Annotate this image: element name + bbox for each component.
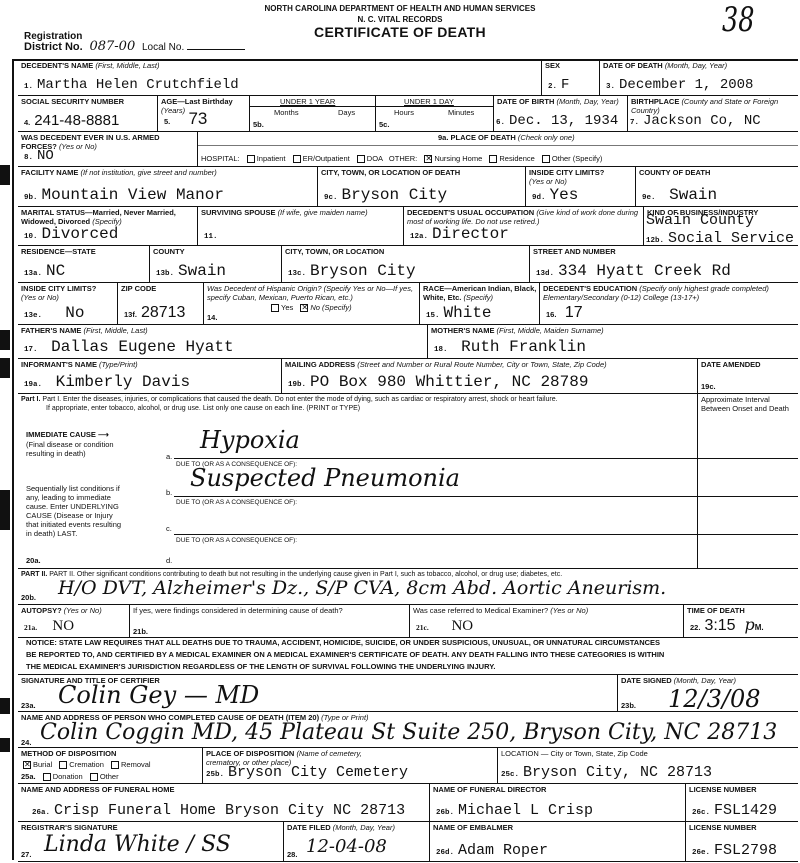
occupation-value: Director <box>432 225 509 243</box>
registration-block: Registration District No. 087-00 Local N… <box>24 32 245 53</box>
funeral-home-value: Crisp Funeral Home Bryson City NC 28713 <box>54 802 405 819</box>
disposition-location-value: Bryson City, NC 28713 <box>523 764 712 781</box>
field-inside-city-limits-residence: INSIDE CITY LIMITS?(Yes or No) 13e. No <box>18 283 118 325</box>
field-facility-name: FACILITY NAME (If not institution, give … <box>18 167 318 207</box>
race-value: White <box>444 304 492 322</box>
field-mother-name: MOTHER'S NAME (First, Middle, Maiden Sur… <box>428 325 798 359</box>
residence-county-value: Swain <box>178 262 226 280</box>
field-autopsy: AUTOPSY? (Yes or No) 21a. NO <box>18 605 130 638</box>
armed-forces-value: NO <box>37 148 54 164</box>
cause-completer-value: Colin Coggin MD, 45 Plateau St Suite 250… <box>40 720 777 745</box>
field-funeral-home: NAME AND ADDRESS OF FUNERAL HOME 26a.Cri… <box>18 784 430 822</box>
informant-value: Kimberly Davis <box>56 373 190 391</box>
checkbox-other[interactable] <box>542 155 550 163</box>
time-of-death-value: 3:15 <box>704 617 735 634</box>
sex-value: F <box>561 77 569 93</box>
field-date-amended: DATE AMENDED 19c. <box>698 359 798 394</box>
field-date-of-death: DATE OF DEATH (Month, Day, Year) 3.Decem… <box>600 60 798 96</box>
cause-line-a-value: Hypoxia <box>200 426 300 454</box>
date-of-birth-value: Dec. 13, 1934 <box>509 113 618 129</box>
age-value: 73 <box>188 109 207 128</box>
field-funeral-license: LICENSE NUMBER 26c.FSL1429 <box>686 784 798 822</box>
field-residence-county: COUNTY 13b.Swain <box>150 246 282 283</box>
cause-part-2: PART II. PART II. Other significant cond… <box>18 569 798 605</box>
field-disposition-location: LOCATION — City or Town, State, Zip Code… <box>498 748 798 784</box>
checkbox-burial[interactable]: ✕ <box>23 761 31 769</box>
field-mailing-address: MAILING ADDRESS (Street and Number or Ru… <box>282 359 698 394</box>
mother-name-value: Ruth Franklin <box>461 338 586 356</box>
interval-column: Approximate Interval Between Onset and D… <box>698 394 798 569</box>
checkbox-cremation[interactable] <box>59 761 67 769</box>
local-no-value <box>187 49 245 50</box>
disposition-place-value: Bryson City Cemetery <box>228 764 408 781</box>
field-embalmer: NAME OF EMBALMER 26d.Adam Roper <box>430 822 686 862</box>
field-birthplace: BIRTHPLACE (County and State or Foreign … <box>628 96 798 132</box>
field-time-of-death: TIME OF DEATH 22.3:15 pM. <box>684 605 798 638</box>
checkbox-nursing-home[interactable]: ✕ <box>424 155 432 163</box>
business-value-line1: Swain County <box>646 212 754 229</box>
field-occupation: DECEDENT'S USUAL OCCUPATION (Give kind o… <box>404 207 644 246</box>
field-under-1-day: UNDER 1 DAY Hours Minutes 5c. <box>376 96 494 132</box>
field-city-of-death: CITY, TOWN, OR LOCATION OF DEATH 9c.Brys… <box>318 167 526 207</box>
checkbox-inpatient[interactable] <box>247 155 255 163</box>
field-under-1-year: UNDER 1 YEAR Months Days 5b. <box>250 96 376 132</box>
binding-tab <box>0 490 10 530</box>
field-disposition-place: PLACE OF DISPOSITION (Name of cemetery, … <box>203 748 498 784</box>
certifier-signature: Colin Gey — MD <box>58 681 259 709</box>
cause-part-1: Part I. Part I. Enter the diseases, inju… <box>18 394 698 569</box>
field-zip: ZIP CODE 13f.28713 <box>118 283 204 325</box>
office-heading: N. C. VITAL RECORDS <box>0 15 800 24</box>
inside-city-res-value: No <box>65 304 84 322</box>
field-inside-city-limits-death: INSIDE CITY LIMITS?(Yes or No) 9d.Yes <box>526 167 636 207</box>
legal-notice: NOTICE: STATE LAW REQUIRES THAT ALL DEAT… <box>12 637 798 673</box>
field-funeral-director: NAME OF FUNERAL DIRECTOR 26b.Michael L C… <box>430 784 686 822</box>
field-residence-street: STREET AND NUMBER 13d.334 Hyatt Creek Rd <box>530 246 798 283</box>
funeral-director-value: Michael L Crisp <box>458 802 593 819</box>
field-date-filed: DATE FILED (Month, Day, Year) 28. 12-04-… <box>284 822 430 862</box>
field-certifier-signature: SIGNATURE AND TITLE OF CERTIFIER 23a. Co… <box>18 675 618 712</box>
mailing-address-value: PO Box 980 Whittier, NC 28789 <box>310 373 588 391</box>
zip-value: 28713 <box>141 304 186 321</box>
field-date-signed: DATE SIGNED (Month, Day, Year) 23b. 12/3… <box>618 675 798 712</box>
binding-tab <box>0 358 10 378</box>
field-informant: INFORMANT'S NAME (Type/Print) 19a. Kimbe… <box>18 359 282 394</box>
field-medical-examiner: Was case referred to Medical Examiner? (… <box>410 605 684 638</box>
field-residence-city: CITY, TOWN, OR LOCATION 13c.Bryson City <box>282 246 530 283</box>
field-place-of-death: 9a. PLACE OF DEATH (Check only one) HOSP… <box>198 132 798 167</box>
local-no-label: Local No. <box>142 42 184 53</box>
residence-state-value: NC <box>46 262 65 280</box>
binding-tab <box>0 165 10 185</box>
field-sex: SEX 2.F <box>542 60 600 96</box>
checkbox-hispanic-no[interactable]: ✕ <box>300 304 308 312</box>
education-value: 17 <box>565 304 583 321</box>
district-label: District No. <box>24 41 83 53</box>
field-age: AGE—Last Birthday(Years) 5. 73 <box>158 96 250 132</box>
checkbox-er-outpatient[interactable] <box>293 155 301 163</box>
marital-status-value: Divorced <box>42 225 119 243</box>
embalmer-license-value: FSL2798 <box>714 842 777 859</box>
checkbox-hispanic-yes[interactable] <box>271 304 279 312</box>
field-cause-completer: NAME AND ADDRESS OF PERSON WHO COMPLETED… <box>18 712 798 748</box>
checkbox-donation[interactable] <box>43 773 51 781</box>
agency-heading: NORTH CAROLINA DEPARTMENT OF HEALTH AND … <box>0 4 800 13</box>
autopsy-value: NO <box>52 618 74 634</box>
field-residence-state: RESIDENCE—STATE 13a.NC <box>18 246 150 283</box>
binding-tab <box>0 698 10 714</box>
residence-city-value: Bryson City <box>310 262 416 280</box>
field-education: DECEDENT'S EDUCATION (Specify only highe… <box>540 283 798 325</box>
funeral-license-value: FSL1429 <box>714 802 777 819</box>
field-armed-forces: WAS DECEDENT EVER IN U.S. ARMED FORCES? … <box>18 132 198 167</box>
date-filed-value: 12-04-08 <box>306 836 387 857</box>
decedent-name-value: Martha Helen Crutchfield <box>37 77 239 93</box>
district-value: 087-00 <box>89 39 135 54</box>
field-race: RACE—American Indian, Black, White, Etc.… <box>420 283 540 325</box>
embalmer-value: Adam Roper <box>458 842 548 859</box>
field-ssn: SOCIAL SECURITY NUMBER 4.241-48-8881 <box>18 96 158 132</box>
field-embalmer-license: LICENSE NUMBER 26e.FSL2798 <box>686 822 798 862</box>
field-marital-status: MARITAL STATUS—Married, Never Married, W… <box>18 207 198 246</box>
field-decedent-name: DECEDENT'S NAME (First, Middle, Last) 1.… <box>18 60 542 96</box>
checkbox-other-disposition[interactable] <box>90 773 98 781</box>
father-name-value: Dallas Eugene Hyatt <box>51 338 233 356</box>
page-mark: 38 <box>722 0 754 40</box>
date-of-death-value: December 1, 2008 <box>619 77 753 93</box>
field-date-of-birth: DATE OF BIRTH (Month, Day, Year) 6.Dec. … <box>494 96 628 132</box>
field-surviving-spouse: SURVIVING SPOUSE (If wife, give maiden n… <box>198 207 404 246</box>
field-registrar-signature: REGISTRAR'S SIGNATURE 27. Linda White / … <box>18 822 284 862</box>
field-disposition-method: METHOD OF DISPOSITION ✕Burial Cremation … <box>18 748 203 784</box>
cause-line-b-value: Suspected Pneumonia <box>190 464 460 492</box>
field-autopsy-findings: If yes, were findings considered in dete… <box>130 605 410 638</box>
field-county-of-death: COUNTY OF DEATH 9e. Swain <box>636 167 798 207</box>
field-hispanic-origin: Was Decedent of Hispanic Origin? (Specif… <box>204 283 420 325</box>
binding-tab <box>0 738 10 752</box>
checkbox-removal[interactable] <box>111 761 119 769</box>
binding-tab <box>0 330 10 350</box>
date-signed-value: 12/3/08 <box>668 685 761 713</box>
residence-street-value: 334 Hyatt Creek Rd <box>558 262 731 280</box>
field-father-name: FATHER'S NAME (First, Middle, Last) 17. … <box>18 325 428 359</box>
place-of-death-options: HOSPITAL: Inpatient ER/Outpatient DOA OT… <box>201 154 602 163</box>
county-of-death-value: Swain <box>669 186 717 204</box>
facility-name-value: Mountain View Manor <box>42 186 224 204</box>
birthplace-value: Jackson Co, NC <box>643 113 761 129</box>
checkbox-doa[interactable] <box>357 155 365 163</box>
field-business: KIND OF BUSINESS/INDUSTRY Swain County 1… <box>644 207 798 246</box>
registrar-signature: Linda White / SS <box>44 832 231 857</box>
part-2-value: H/O DVT, Alzheimer's Dz., S/P CVA, 8cm A… <box>58 577 666 599</box>
ssn-value: 241-48-8881 <box>34 112 119 129</box>
medical-examiner-value: NO <box>451 618 473 634</box>
checkbox-residence[interactable] <box>489 155 497 163</box>
inside-city-death-value: Yes <box>550 186 579 204</box>
business-value-line2: Social Service <box>668 230 794 246</box>
city-of-death-value: Bryson City <box>342 186 448 204</box>
